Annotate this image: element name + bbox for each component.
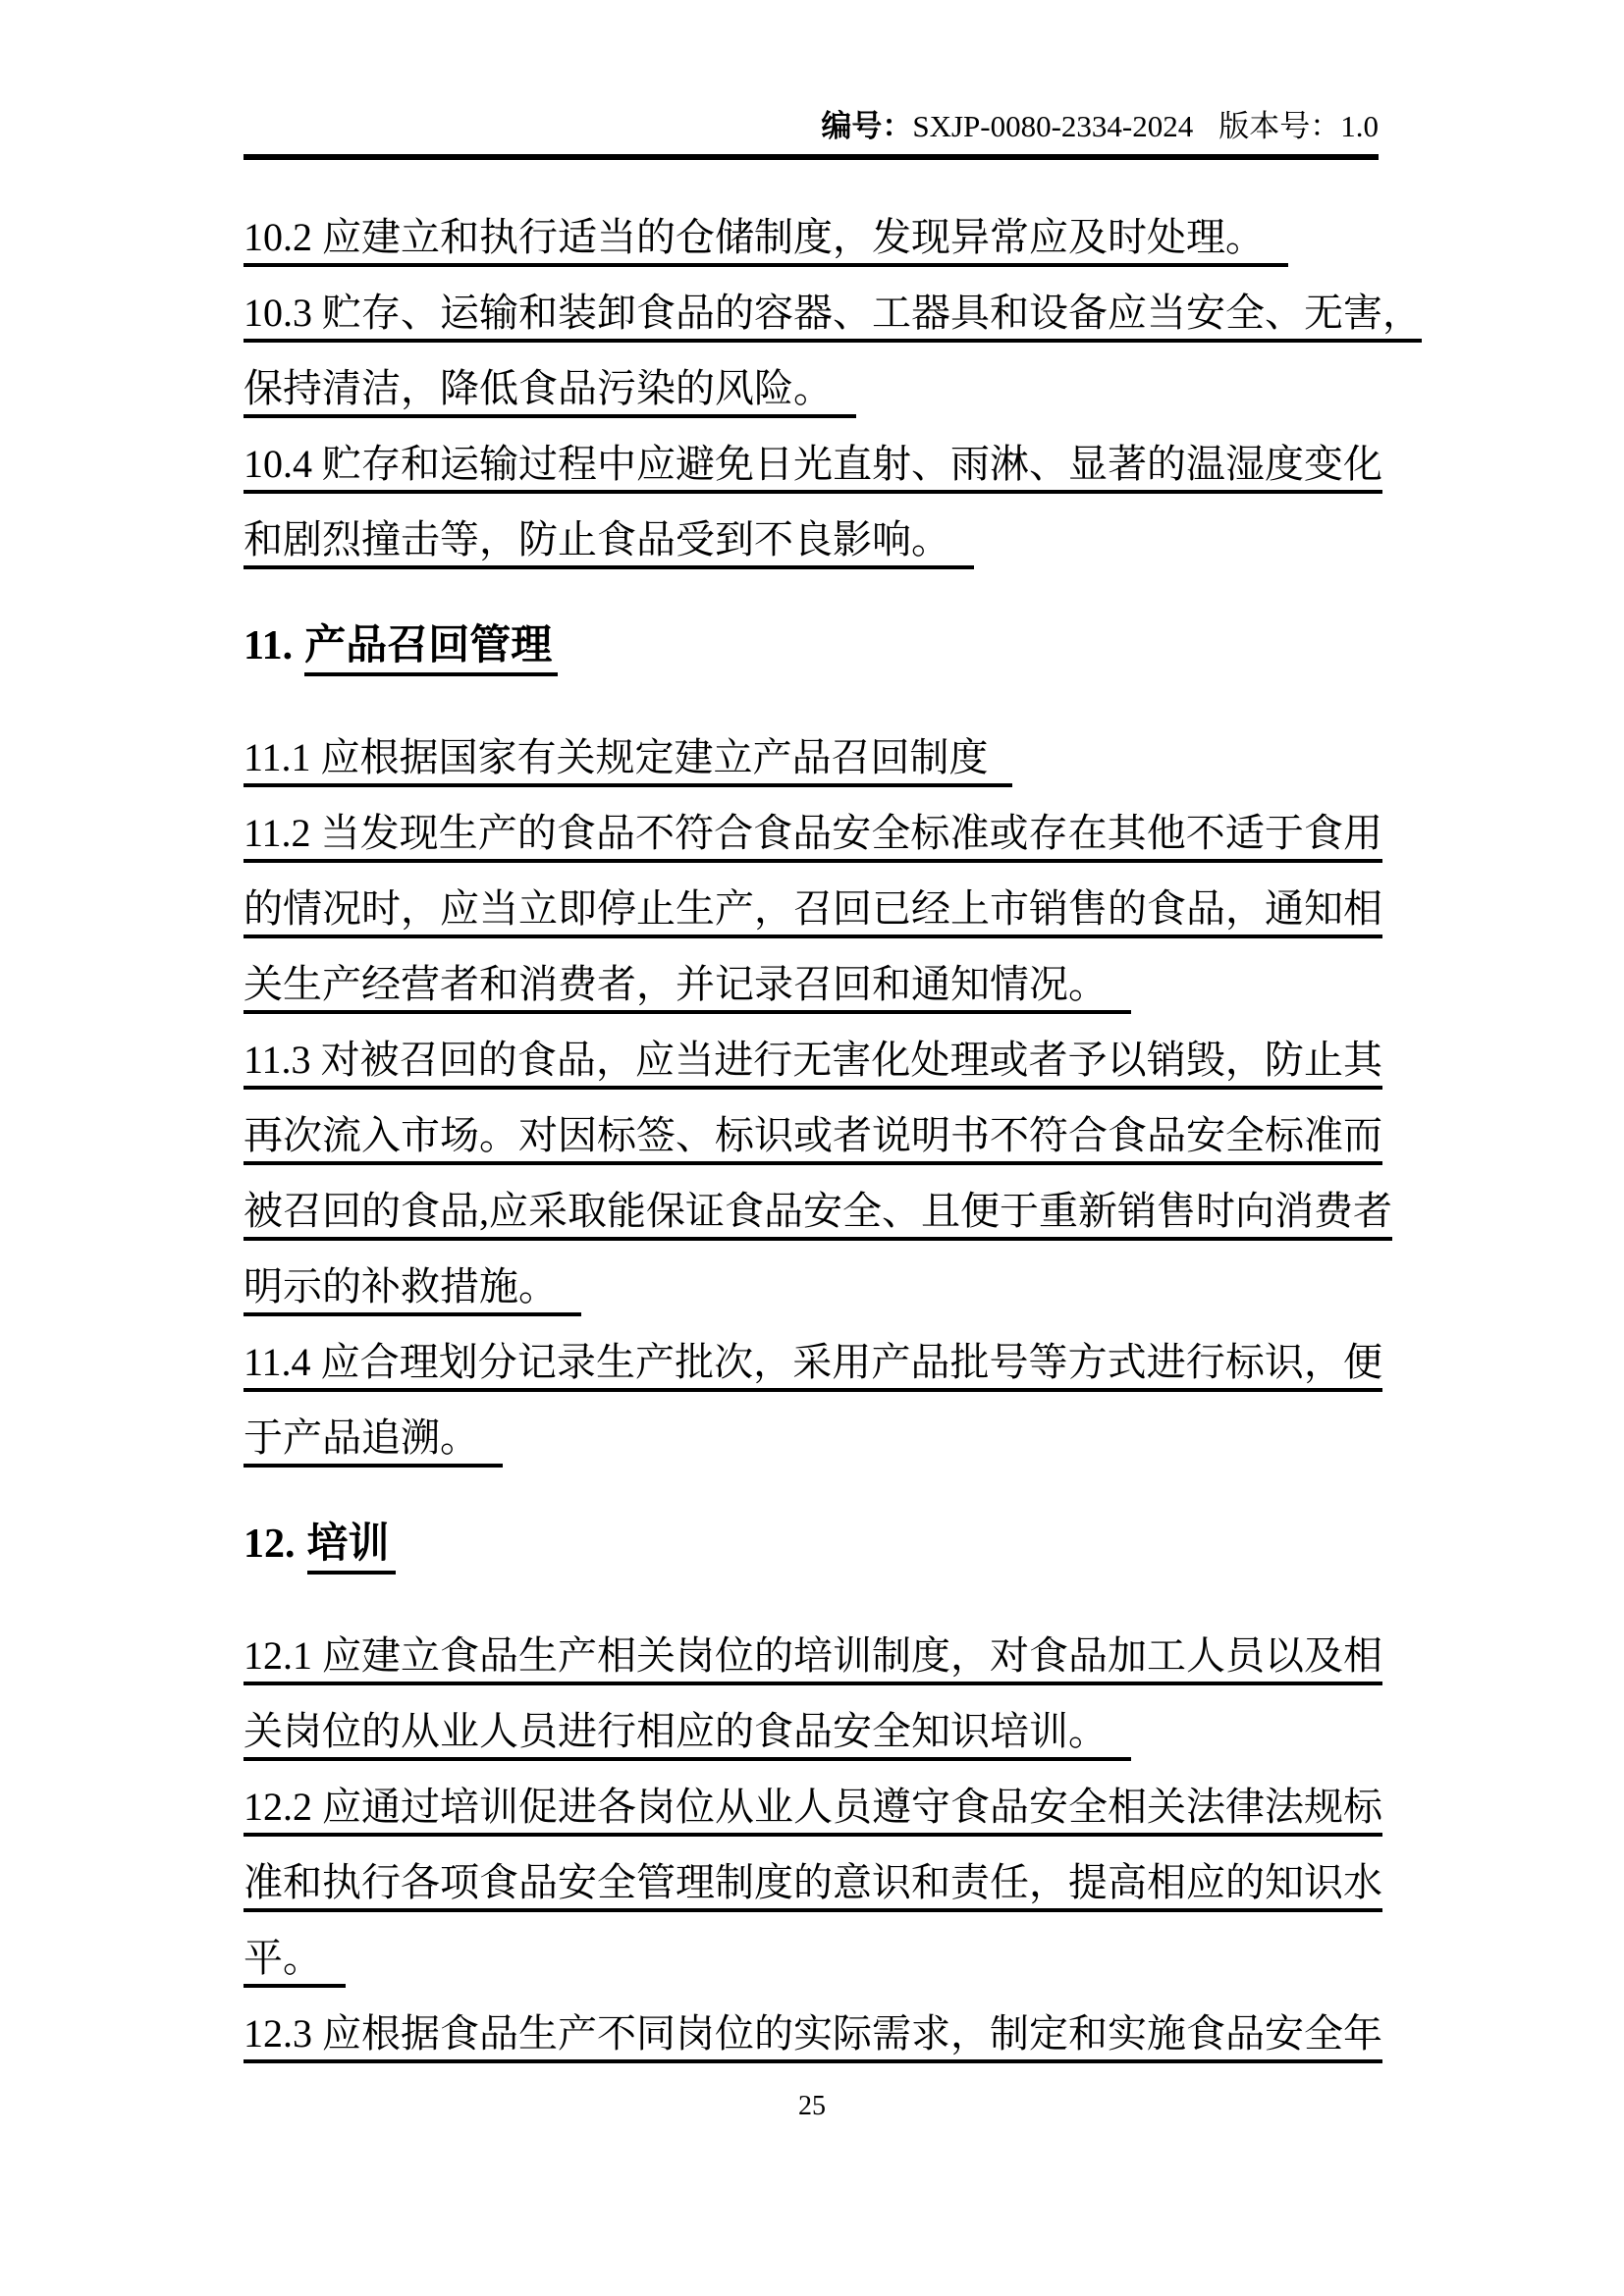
header-divider-rule bbox=[244, 154, 1379, 160]
text-line: 明示的补救措施。 bbox=[244, 1239, 1382, 1314]
underlined-text: 12.1 应建立食品生产相关岗位的培训制度，对食品加工人员以及相 bbox=[244, 1633, 1382, 1685]
text-line: 关岗位的从业人员进行相应的食品安全知识培训。 bbox=[244, 1683, 1382, 1759]
text-line: 10.3 贮存、运输和装卸食品的容器、工器具和设备应当安全、无害， bbox=[244, 265, 1382, 341]
underlined-text: 关生产经营者和消费者，并记录召回和通知情况。 bbox=[244, 962, 1131, 1014]
text-line: 11.1 应根据国家有关规定建立产品召回制度 bbox=[244, 710, 1382, 785]
underlined-text: 明示的补救措施。 bbox=[244, 1264, 581, 1316]
section-title: 培训 bbox=[307, 1522, 396, 1575]
doc-number-value: SXJP-0080-2334-2024 bbox=[912, 109, 1193, 143]
text-line: 于产品追溯。 bbox=[244, 1390, 1382, 1466]
underlined-text: 11.1 应根据国家有关规定建立产品召回制度 bbox=[244, 735, 1012, 787]
text-line: 被召回的食品,应采取能保证食品安全、且便于重新销售时向消费者 bbox=[244, 1163, 1382, 1239]
text-line: 10.2 应建立和执行适当的仓储制度，发现异常应及时处理。 bbox=[244, 189, 1382, 265]
text-line: 12.3 应根据食品生产不同岗位的实际需求，制定和实施食品安全年 bbox=[244, 1986, 1382, 2061]
text-line: 12.1 应建立食品生产相关岗位的培训制度，对食品加工人员以及相 bbox=[244, 1608, 1382, 1683]
underlined-text: 11.4 应合理划分记录生产批次，采用产品批号等方式进行标识，便 bbox=[244, 1340, 1382, 1392]
text-line: 11.2 当发现生产的食品不符合食品安全标准或存在其他不适于食用 bbox=[244, 785, 1382, 861]
text-line: 的情况时，应当立即停止生产，召回已经上市销售的食品，通知相 bbox=[244, 861, 1382, 936]
text-line: 和剧烈撞击等，防止食品受到不良影响。 bbox=[244, 492, 1382, 567]
doc-number-label: 编号： bbox=[821, 109, 912, 143]
section-number: 11. bbox=[244, 623, 293, 668]
text-line: 12.2 应通过培训促进各岗位从业人员遵守食品安全相关法律法规标 bbox=[244, 1759, 1382, 1835]
underlined-text: 12.2 应通过培训促进各岗位从业人员遵守食品安全相关法律法规标 bbox=[244, 1785, 1382, 1837]
underlined-text: 10.3 贮存、运输和装卸食品的容器、工器具和设备应当安全、无害， bbox=[244, 291, 1422, 343]
underlined-text: 10.4 贮存和运输过程中应避免日光直射、雨淋、显著的温湿度变化 bbox=[244, 442, 1382, 494]
underlined-text: 11.2 当发现生产的食品不符合食品安全标准或存在其他不适于食用 bbox=[244, 811, 1382, 863]
underlined-text: 保持清洁，降低食品污染的风险。 bbox=[244, 366, 856, 418]
document-page: 编号：SXJP-0080-2334-2024版本号：1.0 10.2 应建立和执… bbox=[0, 0, 1624, 2296]
doc-number-line: 编号：SXJP-0080-2334-2024版本号：1.0 bbox=[244, 108, 1379, 146]
section-heading-11: 11.产品召回管理 bbox=[244, 567, 1382, 677]
underlined-text: 关岗位的从业人员进行相应的食品安全知识培训。 bbox=[244, 1709, 1131, 1761]
underlined-text: 再次流入市场。对因标签、标识或者说明书不符合食品安全标准而 bbox=[244, 1113, 1382, 1165]
text-line: 关生产经营者和消费者，并记录召回和通知情况。 bbox=[244, 936, 1382, 1012]
text-line: 再次流入市场。对因标签、标识或者说明书不符合食品安全标准而 bbox=[244, 1088, 1382, 1163]
section-title: 产品召回管理 bbox=[304, 623, 558, 676]
doc-version-value: 1.0 bbox=[1340, 109, 1379, 143]
text-line: 10.4 贮存和运输过程中应避免日光直射、雨淋、显著的温湿度变化 bbox=[244, 416, 1382, 492]
document-body: 10.2 应建立和执行适当的仓储制度，发现异常应及时处理。 10.3 贮存、运输… bbox=[244, 189, 1382, 2061]
text-line: 11.4 应合理划分记录生产批次，采用产品批号等方式进行标识，便 bbox=[244, 1314, 1382, 1390]
underlined-text: 于产品追溯。 bbox=[244, 1415, 503, 1468]
text-line: 准和执行各项食品安全管理制度的意识和责任，提高相应的知识水 bbox=[244, 1835, 1382, 1910]
section-heading-12: 12.培训 bbox=[244, 1466, 1382, 1575]
text-line: 11.3 对被召回的食品，应当进行无害化处理或者予以销毁，防止其 bbox=[244, 1012, 1382, 1088]
underlined-text: 12.3 应根据食品生产不同岗位的实际需求，制定和实施食品安全年 bbox=[244, 2011, 1382, 2063]
underlined-text: 11.3 对被召回的食品，应当进行无害化处理或者予以销毁，防止其 bbox=[244, 1038, 1382, 1090]
underlined-text: 准和执行各项食品安全管理制度的意识和责任，提高相应的知识水 bbox=[244, 1860, 1382, 1912]
underlined-text: 被召回的食品,应采取能保证食品安全、且便于重新销售时向消费者 bbox=[244, 1189, 1392, 1241]
section-number: 12. bbox=[244, 1522, 296, 1567]
underlined-text: 平。 bbox=[244, 1936, 346, 1988]
doc-version-label: 版本号： bbox=[1218, 109, 1340, 143]
text-line: 保持清洁，降低食品污染的风险。 bbox=[244, 341, 1382, 416]
underlined-text: 的情况时，应当立即停止生产，召回已经上市销售的食品，通知相 bbox=[244, 886, 1382, 938]
text-line: 平。 bbox=[244, 1910, 1382, 1986]
page-number: 25 bbox=[0, 2091, 1624, 2122]
underlined-text: 10.2 应建立和执行适当的仓储制度，发现异常应及时处理。 bbox=[244, 215, 1288, 267]
underlined-text: 和剧烈撞击等，防止食品受到不良影响。 bbox=[244, 517, 974, 569]
